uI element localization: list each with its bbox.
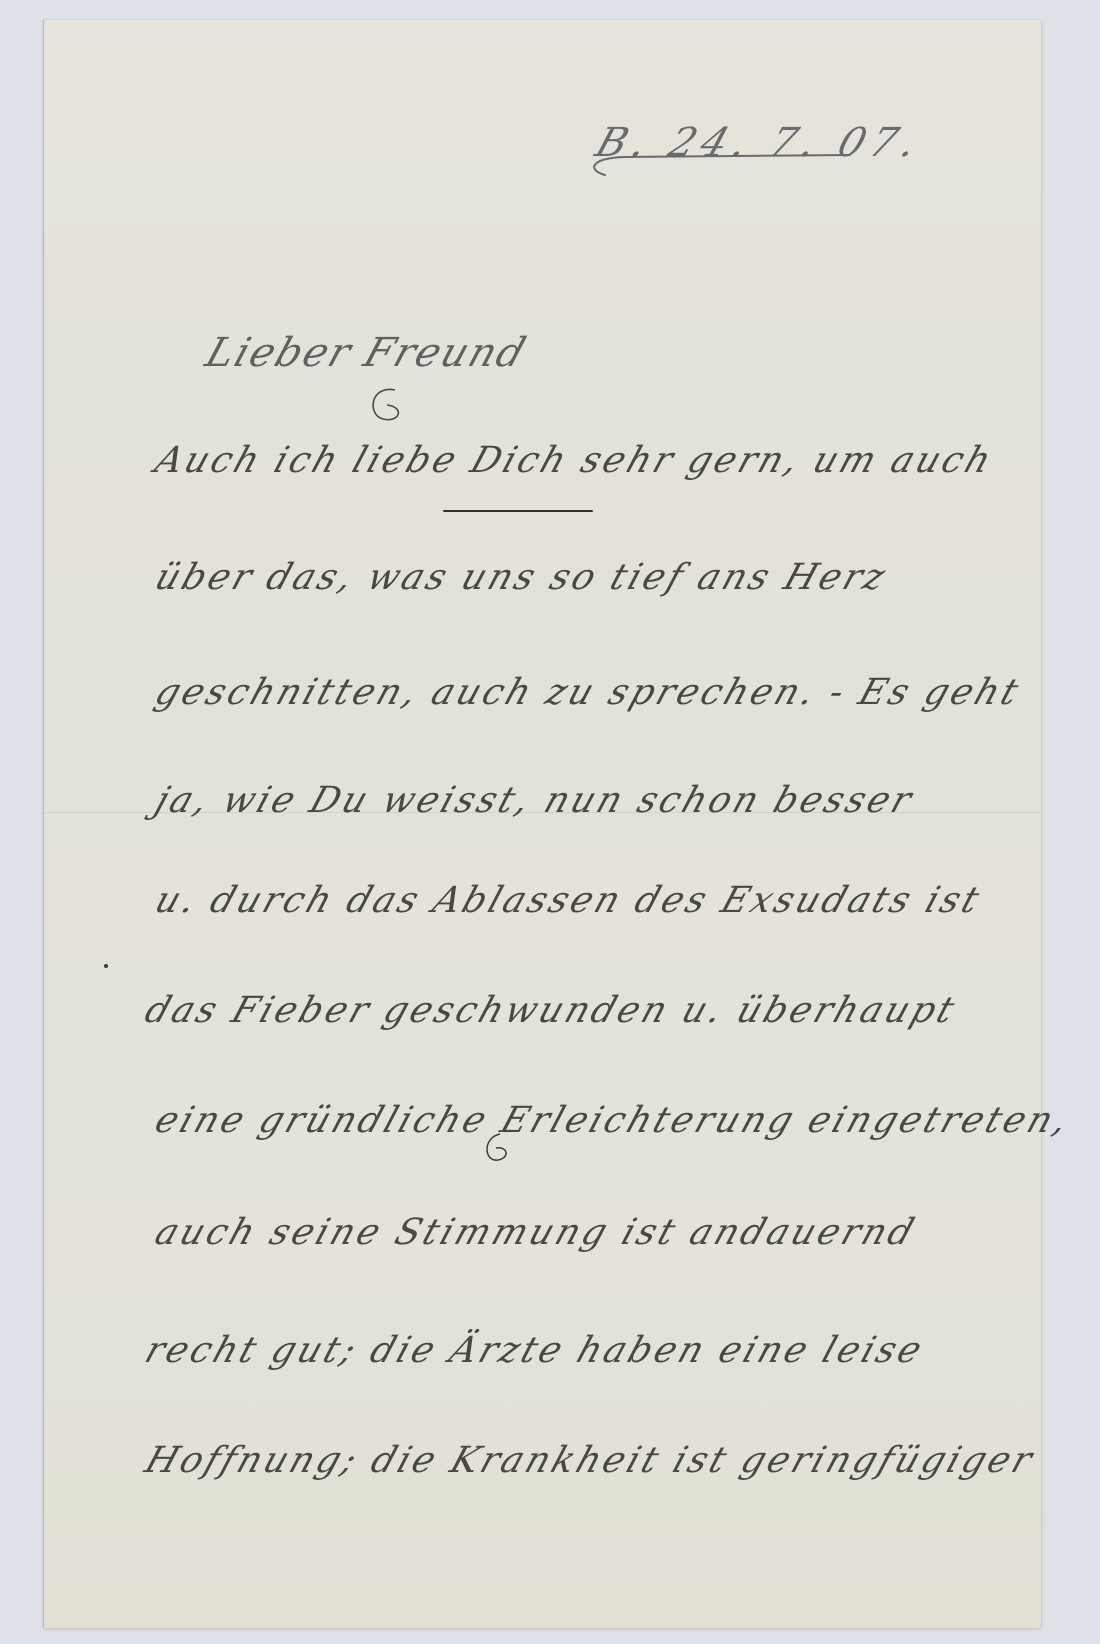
letter-line-8: auch seine Stimmung ist andauernd (150, 1212, 922, 1253)
letter-salutation: Lieber Freund (200, 330, 533, 376)
letter-line-4: ja, wie Du weisst, nun schon besser (150, 780, 919, 821)
letter-line-1: Auch ich liebe Dich sehr gern, um auch (150, 440, 999, 481)
letter-line-5: u. durch das Ablassen des Exsudats ist (150, 880, 987, 921)
letter-line-3: geschnitten, auch zu sprechen. - Es geht (150, 672, 1026, 713)
salutation-flourish (365, 385, 415, 425)
letter-line-2: über das, was uns so tief ans Herz (150, 557, 893, 598)
line7-flourish (478, 1130, 518, 1170)
letter-paper (43, 20, 1041, 1628)
date-underline-flourish (585, 140, 855, 180)
ink-dot (100, 960, 112, 972)
emphasis-underline (443, 510, 593, 512)
letter-line-6: das Fieber geschwunden u. überhaupt (140, 990, 962, 1031)
letter-line-10: Hoffnung; die Krankheit ist geringfügige… (140, 1440, 1040, 1481)
letter-line-7: eine gründliche Erleichterung eingetrete… (150, 1100, 1076, 1141)
letter-line-9: recht gut; die Ärzte haben eine leise (140, 1330, 930, 1371)
